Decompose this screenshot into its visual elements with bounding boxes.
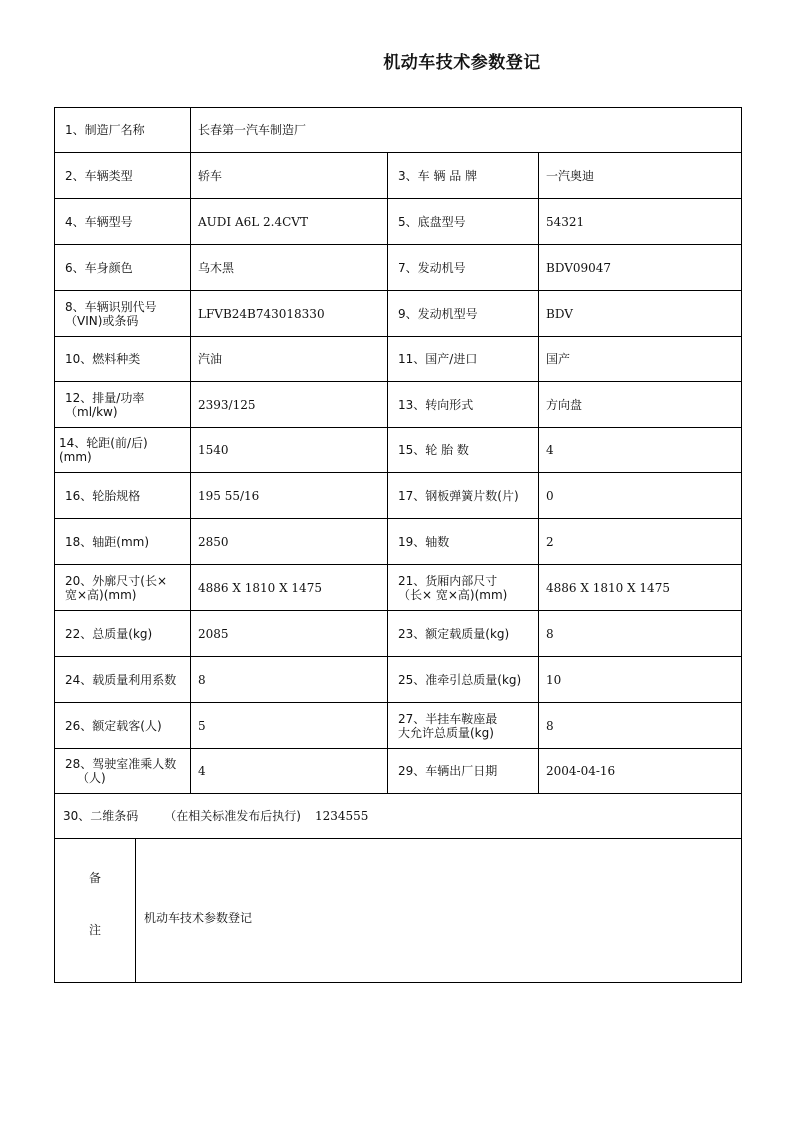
table-row: 14、轮距(前/后)(mm) 1540 15、轮 胎 数 4 — [55, 428, 742, 473]
field-value: 8 — [539, 703, 742, 749]
field-label-line: 大允许总质量(kg) — [398, 726, 538, 740]
field-label-line: 27、半挂车鞍座最 — [398, 712, 538, 726]
field-label: 21、货厢内部尺寸（长× 宽×高)(mm) — [388, 565, 539, 611]
page-title: 机动车技术参数登记 — [0, 48, 794, 73]
field-label: 12、排量/功率（ml/kw) — [55, 382, 191, 428]
field-label-line: 8、车辆识别代号 — [65, 300, 190, 314]
remarks-label: 备 注 — [55, 839, 136, 983]
qr-code-label: 30、二维条码 — [63, 809, 138, 823]
field-value: 0 — [539, 473, 742, 519]
field-value: 2004-04-16 — [539, 749, 742, 794]
vehicle-parameter-table: 1、制造厂名称 长春第一汽车制造厂 2、车辆类型 轿车 3、车 辆 品 牌 一汽… — [54, 107, 742, 839]
field-label-line: 20、外廓尺寸(长× — [65, 574, 190, 588]
field-label: 25、准牵引总质量(kg) — [388, 657, 539, 703]
field-value: 2393/125 — [191, 382, 388, 428]
field-value: 1540 — [191, 428, 388, 473]
field-label: 26、额定载客(人) — [55, 703, 191, 749]
field-value: 2 — [539, 519, 742, 565]
field-label: 9、发动机型号 — [388, 291, 539, 337]
field-value: 54321 — [539, 199, 742, 245]
field-label-line: 14、轮距(前/后) — [59, 436, 190, 450]
field-value: AUDI A6L 2.4CVT — [191, 199, 388, 245]
qr-code-row: 30、二维条码（在相关标准发布后执行)1234555 — [55, 794, 742, 839]
field-value: 汽油 — [191, 337, 388, 382]
field-value: 4 — [191, 749, 388, 794]
field-value: 乌木黑 — [191, 245, 388, 291]
qr-code-cell: 30、二维条码（在相关标准发布后执行)1234555 — [55, 794, 742, 839]
table-row: 28、驾驶室准乘人数（人) 4 29、车辆出厂日期 2004-04-16 — [55, 749, 742, 794]
field-value: 长春第一汽车制造厂 — [191, 108, 742, 153]
field-value: 一汽奥迪 — [539, 153, 742, 199]
field-label: 29、车辆出厂日期 — [388, 749, 539, 794]
remarks-text: 机动车技术参数登记 — [136, 839, 742, 983]
field-value: 8 — [191, 657, 388, 703]
table-row: 1、制造厂名称 长春第一汽车制造厂 — [55, 108, 742, 153]
field-value: 10 — [539, 657, 742, 703]
table-row: 6、车身颜色 乌木黑 7、发动机号 BDV09047 — [55, 245, 742, 291]
field-label: 23、额定载质量(kg) — [388, 611, 539, 657]
field-label-line: 28、驾驶室准乘人数 — [65, 757, 190, 771]
table-row: 18、轴距(mm) 2850 19、轴数 2 — [55, 519, 742, 565]
remarks-label-char: 注 — [55, 923, 135, 937]
field-label: 4、车辆型号 — [55, 199, 191, 245]
field-label: 6、车身颜色 — [55, 245, 191, 291]
field-value: 2850 — [191, 519, 388, 565]
field-label: 2、车辆类型 — [55, 153, 191, 199]
table-row: 22、总质量(kg) 2085 23、额定载质量(kg) 8 — [55, 611, 742, 657]
field-value: 4886 X 1810 X 1475 — [539, 565, 742, 611]
field-value: 4 — [539, 428, 742, 473]
field-label: 27、半挂车鞍座最大允许总质量(kg) — [388, 703, 539, 749]
table-row: 4、车辆型号 AUDI A6L 2.4CVT 5、底盘型号 54321 — [55, 199, 742, 245]
qr-code-note: （在相关标准发布后执行) — [164, 809, 301, 823]
field-value: 国产 — [539, 337, 742, 382]
table-row: 24、载质量利用系数 8 25、准牵引总质量(kg) 10 — [55, 657, 742, 703]
field-label: 5、底盘型号 — [388, 199, 539, 245]
field-label: 15、轮 胎 数 — [388, 428, 539, 473]
field-label: 7、发动机号 — [388, 245, 539, 291]
field-label-line: （ml/kw) — [65, 405, 190, 419]
field-label: 8、车辆识别代号（VIN)或条码 — [55, 291, 191, 337]
table-row: 2、车辆类型 轿车 3、车 辆 品 牌 一汽奥迪 — [55, 153, 742, 199]
table-row: 12、排量/功率（ml/kw) 2393/125 13、转向形式 方向盘 — [55, 382, 742, 428]
field-label-line: 宽×高)(mm) — [65, 588, 190, 602]
field-label: 13、转向形式 — [388, 382, 539, 428]
field-value: 方向盘 — [539, 382, 742, 428]
field-value: 2085 — [191, 611, 388, 657]
field-label: 3、车 辆 品 牌 — [388, 153, 539, 199]
field-label: 1、制造厂名称 — [55, 108, 191, 153]
field-label: 19、轴数 — [388, 519, 539, 565]
table-row: 16、轮胎规格 195 55/16 17、钢板弹簧片数(片) 0 — [55, 473, 742, 519]
field-label: 18、轴距(mm) — [55, 519, 191, 565]
field-value: 195 55/16 — [191, 473, 388, 519]
field-value: BDV09047 — [539, 245, 742, 291]
field-label-line: （长× 宽×高)(mm) — [398, 588, 538, 602]
table-row: 10、燃料种类 汽油 11、国产/进口 国产 — [55, 337, 742, 382]
field-value: 5 — [191, 703, 388, 749]
field-label-line: （人) — [65, 771, 190, 785]
field-value: 轿车 — [191, 153, 388, 199]
table-row: 8、车辆识别代号（VIN)或条码 LFVB24B743018330 9、发动机型… — [55, 291, 742, 337]
field-value: 4886 X 1810 X 1475 — [191, 565, 388, 611]
field-label: 24、载质量利用系数 — [55, 657, 191, 703]
remarks-label-char: 备 — [55, 871, 135, 885]
remarks-table: 备 注 机动车技术参数登记 — [54, 838, 742, 983]
field-value: BDV — [539, 291, 742, 337]
field-label: 14、轮距(前/后)(mm) — [55, 428, 191, 473]
field-label: 10、燃料种类 — [55, 337, 191, 382]
qr-code-value: 1234555 — [315, 809, 368, 823]
table-row: 20、外廓尺寸(长×宽×高)(mm) 4886 X 1810 X 1475 21… — [55, 565, 742, 611]
field-label-line: (mm) — [59, 450, 190, 464]
field-label: 28、驾驶室准乘人数（人) — [55, 749, 191, 794]
field-label: 16、轮胎规格 — [55, 473, 191, 519]
table-row: 26、额定载客(人) 5 27、半挂车鞍座最大允许总质量(kg) 8 — [55, 703, 742, 749]
field-value: 8 — [539, 611, 742, 657]
field-label: 22、总质量(kg) — [55, 611, 191, 657]
field-label-line: 12、排量/功率 — [65, 391, 190, 405]
field-label: 11、国产/进口 — [388, 337, 539, 382]
field-label: 20、外廓尺寸(长×宽×高)(mm) — [55, 565, 191, 611]
field-label: 17、钢板弹簧片数(片) — [388, 473, 539, 519]
field-value: LFVB24B743018330 — [191, 291, 388, 337]
field-label-line: （VIN)或条码 — [65, 314, 190, 328]
field-label-line: 21、货厢内部尺寸 — [398, 574, 538, 588]
remarks-row: 备 注 机动车技术参数登记 — [55, 839, 742, 983]
